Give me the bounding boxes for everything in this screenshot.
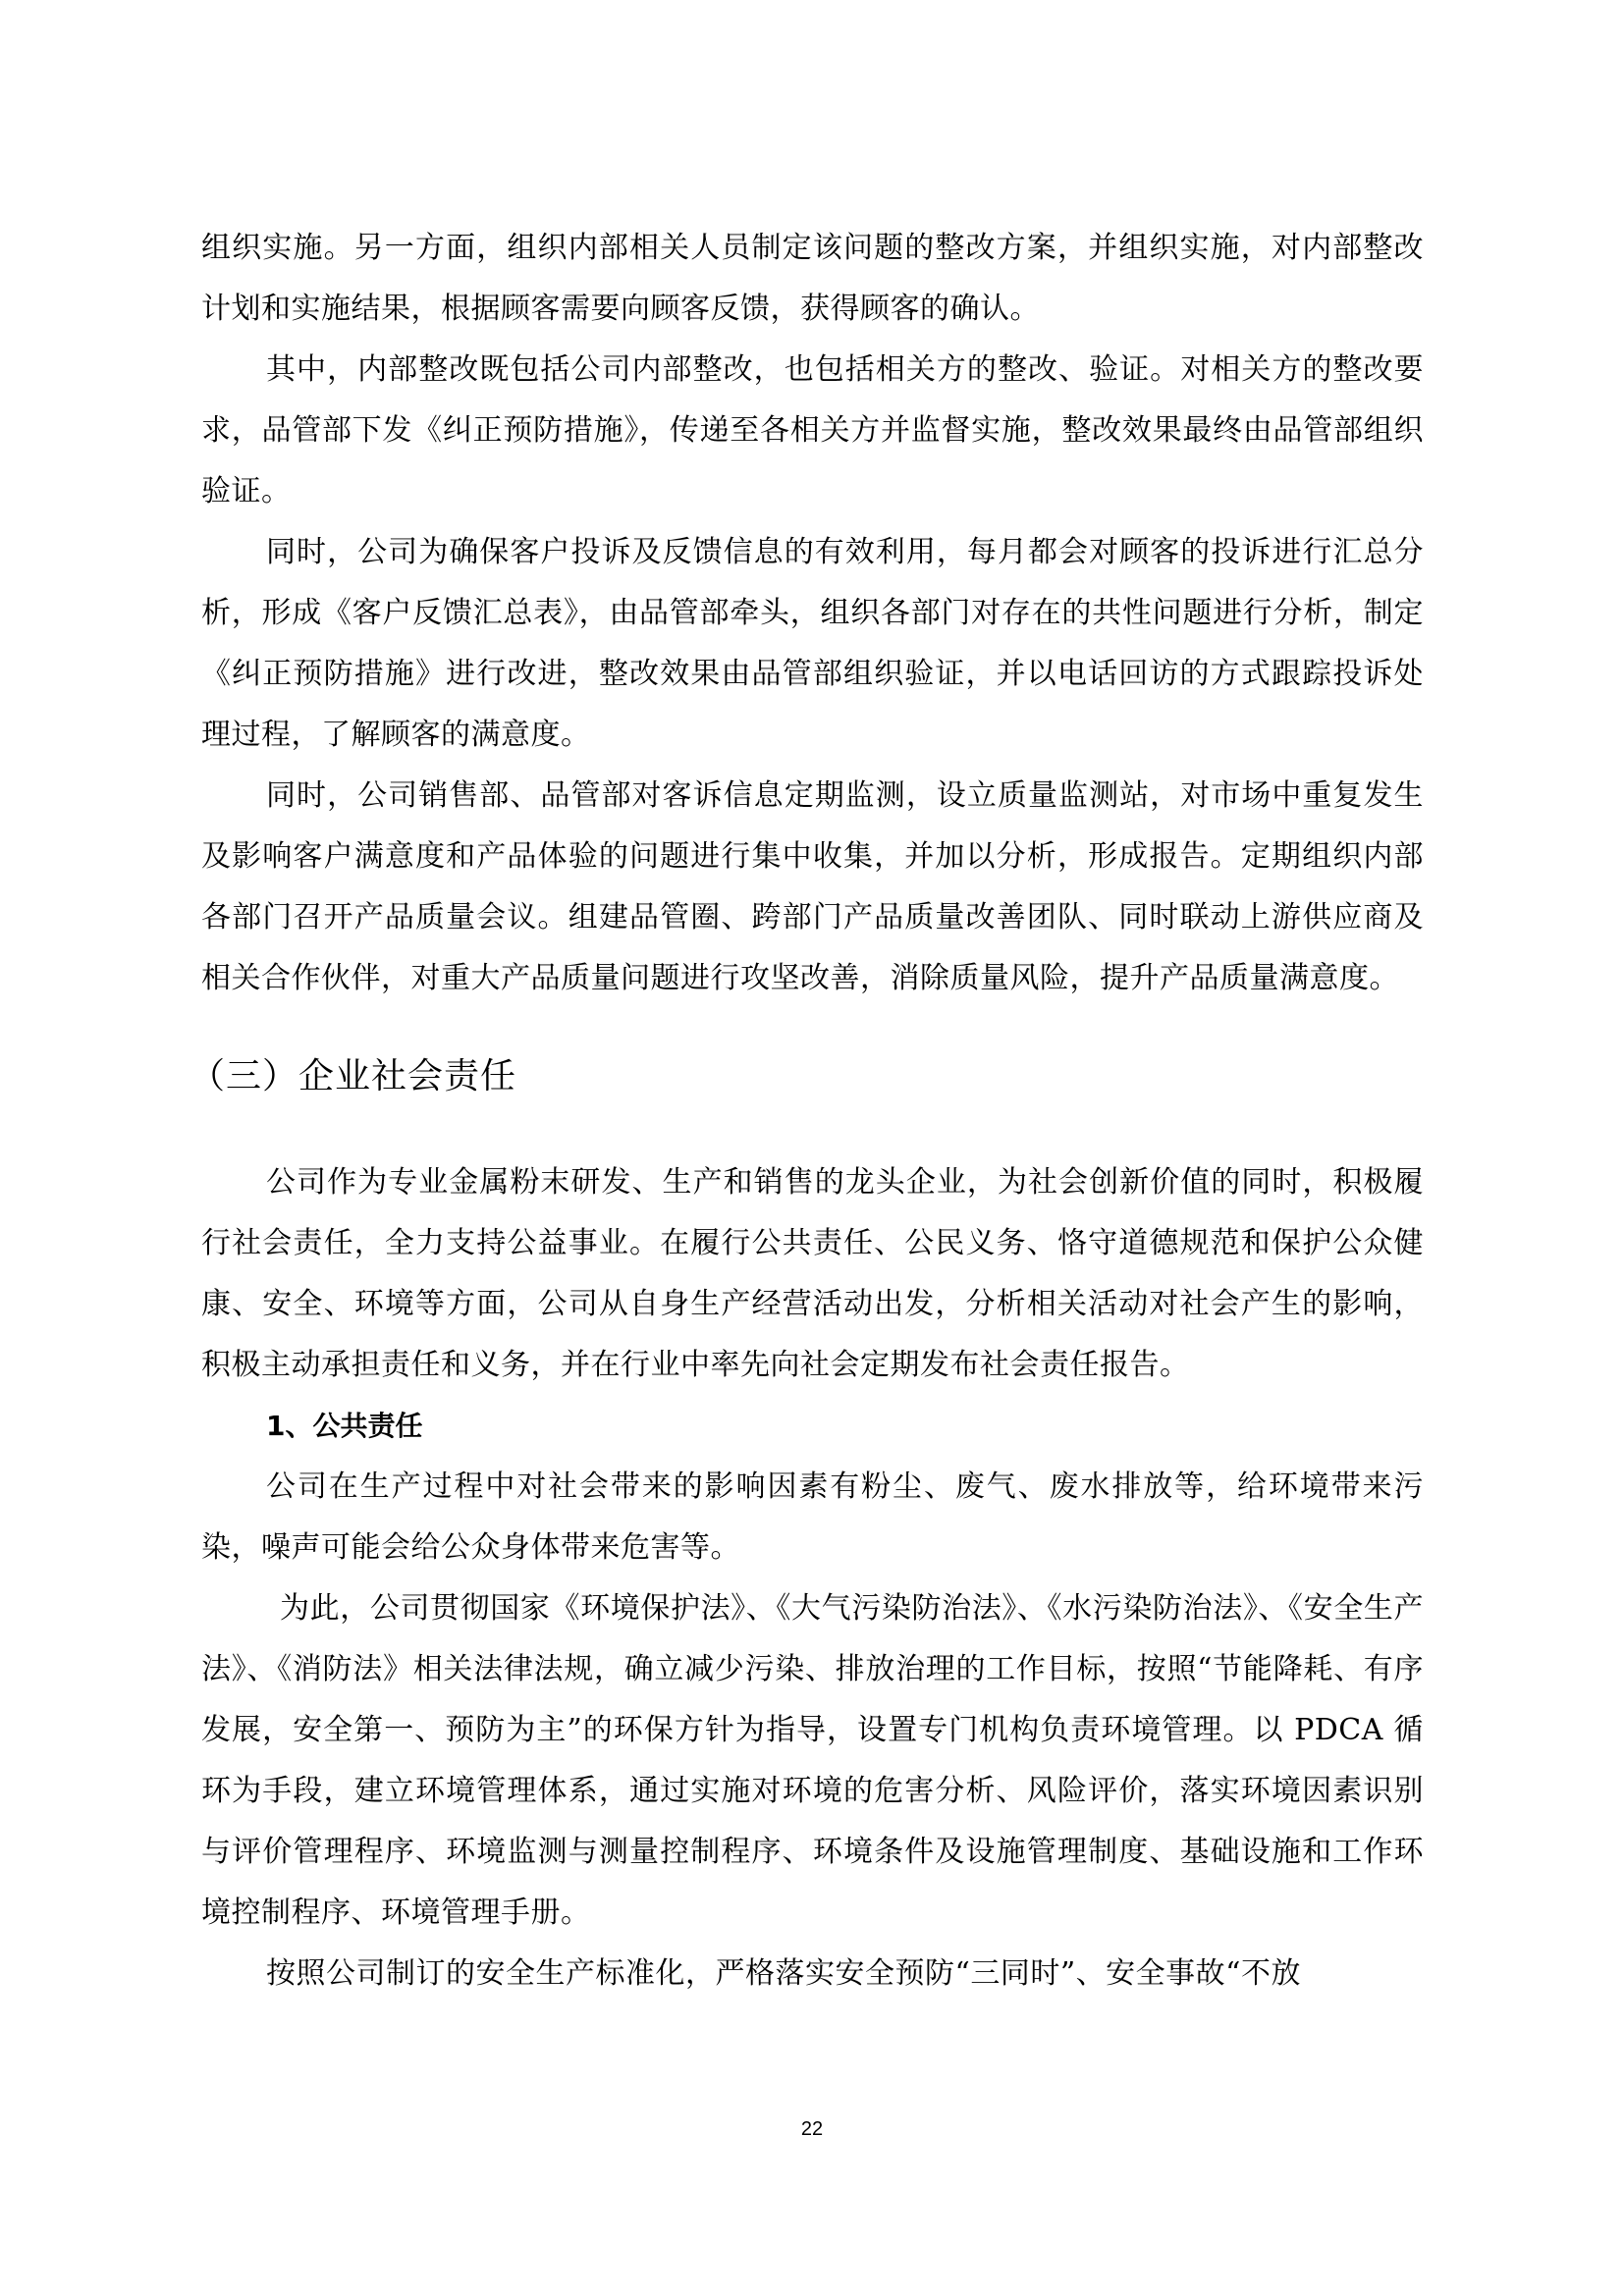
document-page: 组织实施。另一方面，组织内部相关人员制定该问题的整改方案，并组织实施，对内部整改… [201, 218, 1424, 2004]
paragraph-internal-rectification: 其中，内部整改既包括公司内部整改，也包括相关方的整改、验证。对相关方的整改要求，… [201, 340, 1424, 522]
paragraph-csr-intro: 公司作为专业金属粉末研发、生产和销售的龙头企业，为社会创新价值的同时，积极履行社… [201, 1152, 1424, 1396]
paragraph-quality-monitoring: 同时，公司销售部、品管部对客诉信息定期监测，设立质量监测站，对市场中重复发生及影… [201, 766, 1424, 1009]
paragraph-impact-factors: 公司在生产过程中对社会带来的影响因素有粉尘、废气、废水排放等，给环境带来污染，噪… [201, 1457, 1424, 1578]
paragraph-complaint-analysis: 同时，公司为确保客户投诉及反馈信息的有效利用，每月都会对顾客的投诉进行汇总分析，… [201, 522, 1424, 766]
subsection-heading: 1、公共责任 [201, 1396, 1424, 1457]
paragraph-safety-standard: 按照公司制订的安全生产标准化，严格落实安全预防“三同时”、安全事故“不放 [201, 1944, 1424, 2004]
paragraph-environmental-law: 为此，公司贯彻国家《环境保护法》、《大气污染防治法》、《水污染防治法》、《安全生… [201, 1578, 1424, 1944]
page-number: 22 [0, 2118, 1624, 2141]
paragraph-continuation: 组织实施。另一方面，组织内部相关人员制定该问题的整改方案，并组织实施，对内部整改… [201, 218, 1424, 340]
section-heading: （三）企业社会责任 [189, 1052, 1424, 1101]
